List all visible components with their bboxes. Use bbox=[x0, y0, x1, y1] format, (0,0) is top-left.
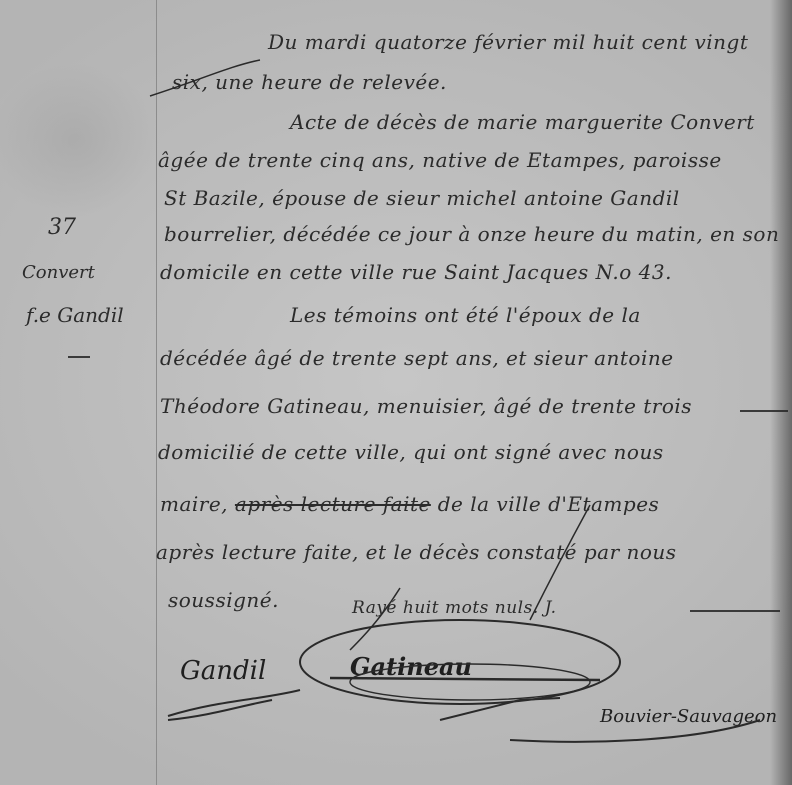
text-line-6: bourrelier, décédée ce jour à onze heure… bbox=[164, 222, 779, 246]
text-line-4: âgée de trente cinq ans, native de Etamp… bbox=[158, 148, 722, 172]
signature-gandil: Gandil bbox=[180, 656, 266, 686]
text-line-12-start: maire, bbox=[160, 492, 235, 516]
margin-rule bbox=[156, 0, 157, 785]
margin-name-convert: Convert bbox=[22, 262, 95, 283]
archival-document-page: 37 Convert f.e Gandil Du mardi quatorze … bbox=[0, 0, 792, 785]
text-line-15-correction-note: Rayé huit mots nuls. J. bbox=[352, 598, 557, 618]
text-line-12-end: de la ville d'Etampes bbox=[438, 492, 660, 516]
text-line-13: après lecture faite, et le décès constat… bbox=[156, 540, 677, 564]
text-line-7: domicile en cette ville rue Saint Jacque… bbox=[160, 260, 672, 284]
text-line-11: domicilié de cette ville, qui ont signé … bbox=[158, 440, 664, 464]
text-line-12: maire, après lecture faite de la ville d… bbox=[160, 492, 659, 516]
record-number: 37 bbox=[48, 215, 76, 240]
struck-text: après lecture faite bbox=[235, 492, 431, 516]
text-line-2: six, une heure de relevée. bbox=[172, 70, 447, 94]
text-line-3: Acte de décès de marie marguerite Conver… bbox=[290, 110, 755, 134]
signature-gatineau: Gatineau bbox=[350, 652, 472, 681]
text-line-5: St Bazile, épouse de sieur michel antoin… bbox=[164, 186, 680, 210]
margin-name-gandil: f.e Gandil bbox=[26, 303, 124, 327]
signature-mayor: Bouvier-Sauvageon bbox=[600, 706, 777, 727]
text-line-10: Théodore Gatineau, menuisier, âgé de tre… bbox=[160, 394, 692, 418]
text-line-8: Les témoins ont été l'époux de la bbox=[290, 303, 641, 327]
line-filler-end bbox=[690, 610, 780, 612]
page-edge-shadow bbox=[770, 0, 792, 785]
text-line-9: décédée âgé de trente sept ans, et sieur… bbox=[160, 346, 674, 370]
text-line-14: soussigné. bbox=[168, 588, 279, 612]
text-line-1: Du mardi quatorze février mil huit cent … bbox=[268, 30, 748, 54]
margin-dash bbox=[68, 356, 90, 358]
